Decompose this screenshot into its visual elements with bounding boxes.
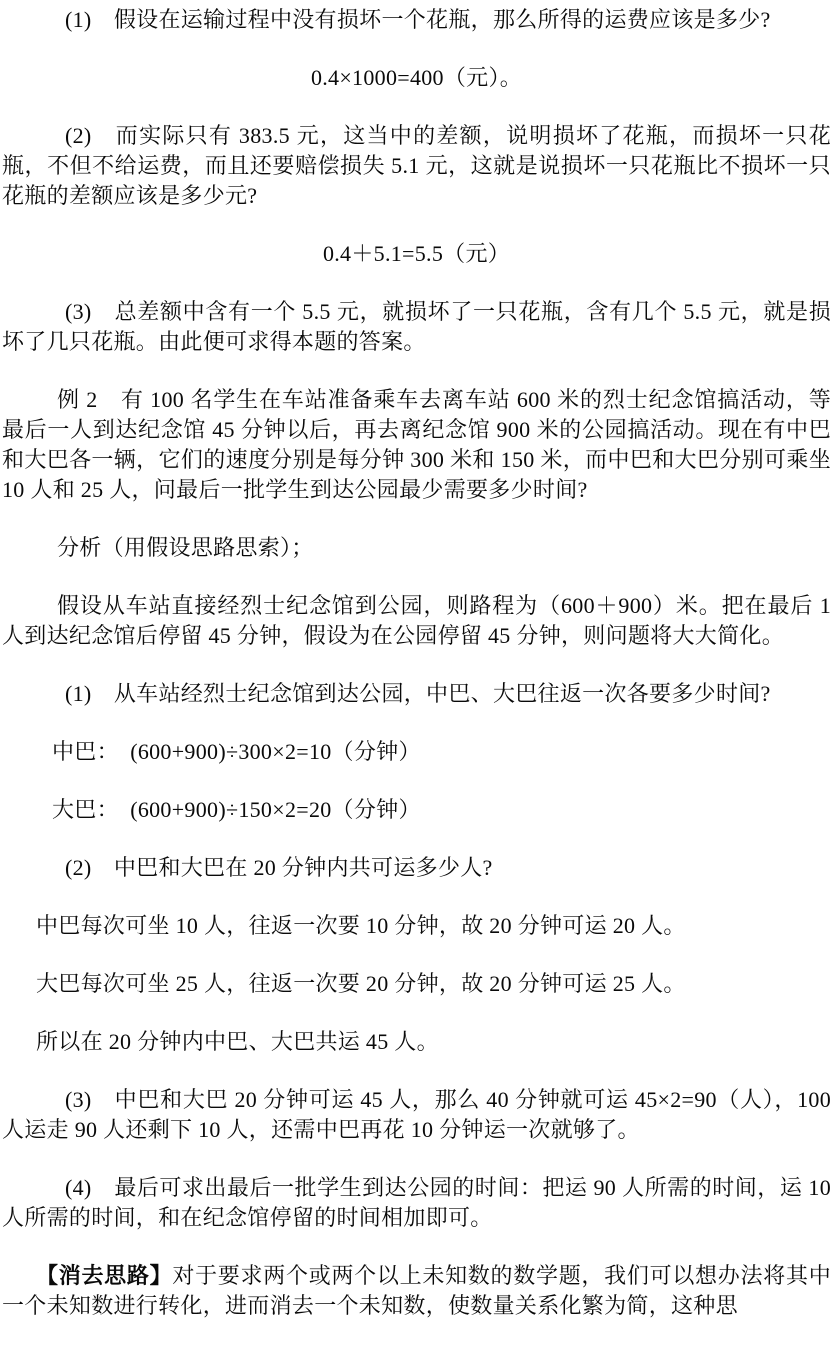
sub2-question: (2) 中巴和大巴在 20 分钟内共可运多少人? (2, 853, 831, 883)
sub4-explanation: (4) 最后可求出最后一批学生到达公园的时间：把运 90 人所需的时间，运 10… (2, 1173, 831, 1233)
document-page: (1) 假设在运输过程中没有损坏一个花瓶，那么所得的运费应该是多少? 0.4×1… (0, 0, 840, 1350)
midbus-formula: 中巴： (600+900)÷300×2=10（分钟） (2, 737, 831, 767)
total-transported-statement: 所以在 20 分钟内中巴、大巴共运 45 人。 (2, 1027, 831, 1057)
midbus-capacity-statement: 中巴每次可坐 10 人，往返一次要 10 分钟，故 20 分钟可运 20 人。 (2, 911, 831, 941)
analysis-heading: 分析（用假设思路思索）； (2, 533, 831, 563)
step1-question: (1) 假设在运输过程中没有损坏一个花瓶，那么所得的运费应该是多少? (2, 5, 831, 35)
step3-explanation: (3) 总差额中含有一个 5.5 元，就损坏了一只花瓶，含有几个 5.5 元，就… (2, 297, 831, 357)
example2-problem: 例 2 有 100 名学生在车站准备乘车去离车站 600 米的烈士纪念馆搞活动，… (2, 385, 831, 505)
assumption-paragraph: 假设从车站直接经烈士纪念馆到公园，则路程为（600＋900）米。把在最后 1 人… (2, 591, 831, 651)
step2-explanation: (2) 而实际只有 383.5 元，这当中的差额，说明损坏了花瓶，而损坏一只花瓶… (2, 121, 831, 211)
formula-difference: 0.4＋5.1=5.5（元） (2, 239, 831, 269)
elimination-method-label: 【消去思路】 (36, 1263, 172, 1288)
sub3-explanation: (3) 中巴和大巴 20 分钟可运 45 人，那么 40 分钟就可运 45×2=… (2, 1085, 831, 1145)
bigbus-formula: 大巴： (600+900)÷150×2=20（分钟） (2, 795, 831, 825)
sub1-question: (1) 从车站经烈士纪念馆到达公园，中巴、大巴往返一次各要多少时间? (2, 679, 831, 709)
formula-freight: 0.4×1000=400（元）。 (2, 63, 831, 93)
bigbus-capacity-statement: 大巴每次可坐 25 人，往返一次要 20 分钟，故 20 分钟可运 25 人。 (2, 969, 831, 999)
elimination-method-paragraph: 【消去思路】对于要求两个或两个以上未知数的数学题，我们可以想办法将其中一个未知数… (2, 1261, 831, 1321)
